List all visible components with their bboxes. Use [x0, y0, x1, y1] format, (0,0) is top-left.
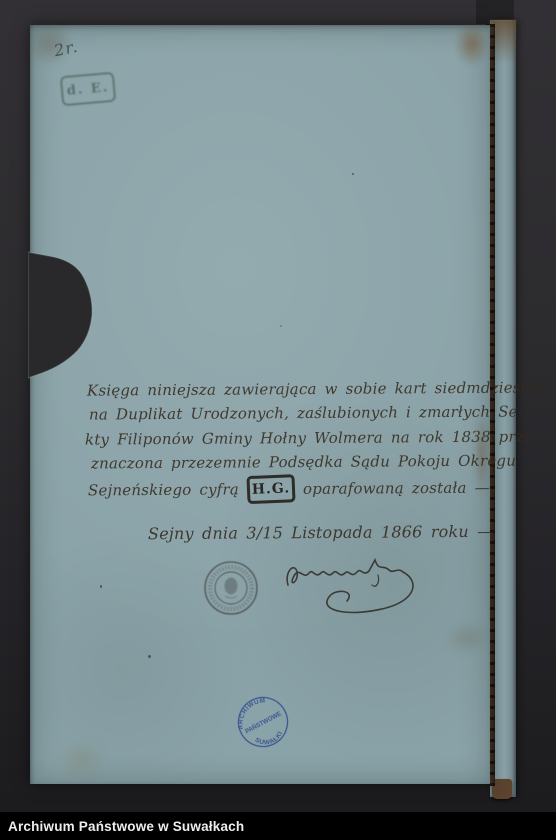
handwriting-line-3: kty Filiponów Gminy Hołny Wolmera na rok…: [85, 427, 538, 448]
paper-speck: [352, 173, 354, 175]
paper-speck: [148, 655, 151, 658]
official-round-seal: [203, 560, 259, 616]
pencil-note: 2r.: [52, 37, 80, 61]
document-page: 2r. d. E. Księga niniejsza zawierająca w…: [30, 25, 490, 784]
handwriting-line-5-before: Sejneńskiego cyfrą: [88, 480, 239, 499]
hg-paraph-stamp: H.G.: [246, 474, 295, 504]
paper-stain: [454, 21, 490, 67]
archive-stamp-text-middle: PAŃSTWOWE: [244, 710, 283, 736]
handwriting-line-4: znaczona przezemnie Podsędka Sądu Pokoju…: [91, 452, 516, 473]
handwriting-line-5: Sejneńskiego cyfrą H.G. oparafowaną zost…: [88, 474, 490, 505]
paper-stain: [56, 739, 108, 779]
caption-bar: Archiwum Państwowe w Suwałkach: [0, 812, 556, 840]
paper-stain: [444, 621, 488, 655]
handwriting-line-1: Księga niniejsza zawierająca w sobie kar…: [87, 378, 541, 399]
faded-rect-stamp: d. E.: [60, 72, 116, 107]
handwritten-signature: [282, 555, 432, 621]
torn-edge-hole: [28, 248, 98, 380]
handwriting-dateline: Sejny dnia 3/15 Listopada 1866 roku —: [148, 522, 493, 543]
archive-round-stamp: ARCHIWUM PAŃSTWOWE SUWAŁKI: [226, 685, 299, 758]
paper-speck: [100, 585, 102, 588]
archive-scan-viewer: 2r. d. E. Księga niniejsza zawierająca w…: [0, 0, 556, 840]
paper-speck: [280, 325, 282, 327]
handwriting-line-5-after: oparafowaną została —: [303, 479, 490, 498]
handwriting-line-2: na Duplikat Urodzonych, zaślubionych i z…: [89, 402, 523, 423]
archive-caption: Archiwum Państwowe w Suwałkach: [0, 819, 244, 834]
fore-edge-stain-bottom: [492, 779, 512, 799]
